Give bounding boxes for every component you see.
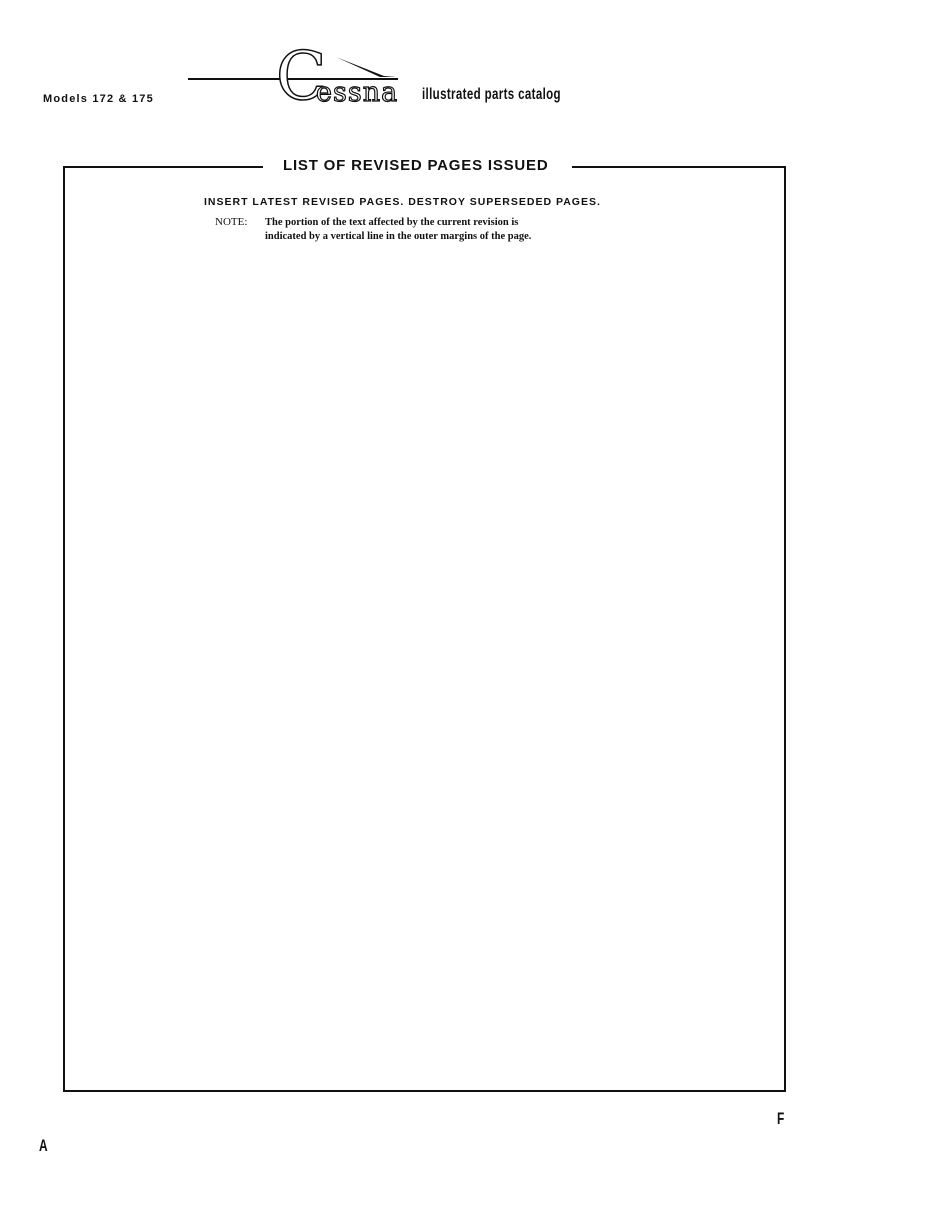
page-mark-left: A xyxy=(39,1136,48,1156)
models-label: Models 172 & 175 xyxy=(43,93,154,105)
page-mark-right: F xyxy=(777,1109,784,1129)
note-label: NOTE: xyxy=(215,216,247,228)
revised-pages-frame xyxy=(63,166,786,1092)
logo-wing-icon xyxy=(336,56,396,78)
catalog-title: illustrated parts catalog xyxy=(422,86,561,104)
note-line: indicated by a vertical line in the oute… xyxy=(265,230,531,244)
frame-top-rule-left xyxy=(63,166,263,168)
instruction-text: INSERT LATEST REVISED PAGES. DESTROY SUP… xyxy=(204,196,601,208)
frame-title: LIST OF REVISED PAGES ISSUED xyxy=(283,157,549,174)
note-text: The portion of the text affected by the … xyxy=(265,216,531,244)
note-line: The portion of the text affected by the … xyxy=(265,216,531,230)
logo-wordmark: essna xyxy=(316,78,398,108)
frame-top-rule-right xyxy=(572,166,786,168)
